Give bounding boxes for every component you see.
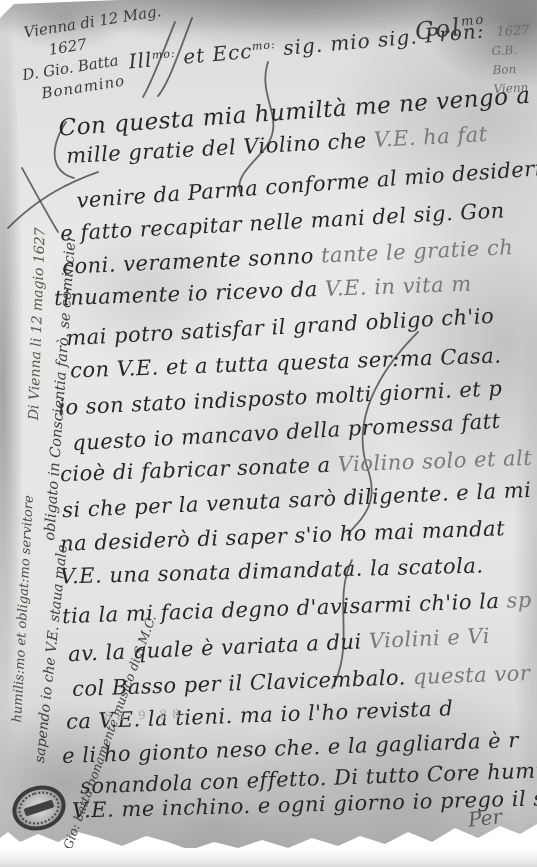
catchword: Per — [467, 804, 503, 831]
scanned-letter-page: Vienna di 12 Mag. 1627 D. Gio. Batta Bon… — [0, 0, 537, 867]
salutation-text: Ill — [128, 48, 154, 74]
salutation-superscript: mo — [460, 12, 486, 29]
faint-number-mark: 88 9 88 — [104, 707, 185, 724]
scanner-background-strip — [0, 848, 537, 867]
pencil-line: G.B. Bon — [491, 40, 537, 80]
line-text-faded: sp — [506, 588, 532, 613]
salutation-text: Col — [414, 13, 463, 46]
line-text-faded: questa vor — [413, 661, 531, 689]
line-text-faded: V.E. in vita m — [324, 272, 472, 301]
salutation-superscript: mo: — [151, 47, 176, 62]
salutation-superscript: mo: — [251, 38, 276, 53]
pencil-line: 1627 — [496, 21, 536, 42]
